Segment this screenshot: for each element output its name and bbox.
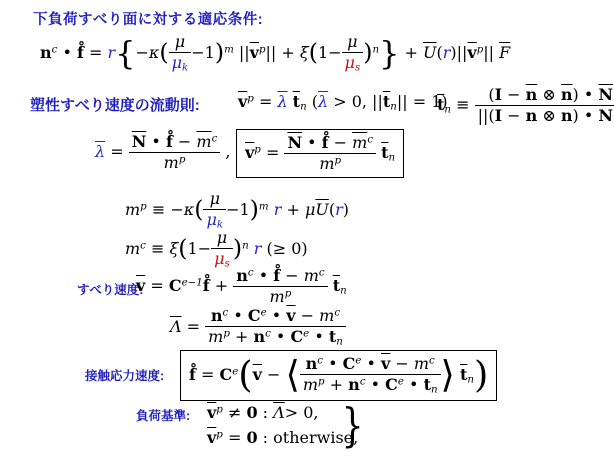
flow-rule-equation: vp = λ tn (λ > 0, ||tn|| = 1) bbox=[238, 92, 448, 113]
contact-stress-boxed-equation: f̊ = Ce(v − ⟨nc • Ce • v − mcmp + nc • C… bbox=[180, 350, 497, 401]
slide-page: 下負荷すべり面に対する適応条件: nc • f̊ = r{−κ(μμk−1)m … bbox=[0, 0, 614, 458]
loading-criterion-heading: 負荷基準: bbox=[136, 406, 190, 424]
slip-velocity-equation: v = Ce−1f̊ + nc • f̊ − mcmp tn bbox=[136, 267, 347, 306]
plastic-slip-rate-boxed-equation: vp = N • f̊ − mcmp tn bbox=[236, 129, 404, 178]
page-title: 下負荷すべり面に対する適応条件: bbox=[33, 8, 263, 29]
adaptation-condition-equation: nc • f̊ = r{−κ(μμk−1)m ||vp|| + ξ(1−μμs)… bbox=[40, 33, 510, 74]
mc-definition-equation: mc ≡ ξ(1−μμs)n r (≥ 0) bbox=[125, 229, 308, 270]
tangent-direction-definition: tn ≡ (I − n ⊗ n) • N||(I − n ⊗ n) • N|| bbox=[437, 86, 614, 125]
lambda-bar-equation: λ = N • f̊ − mcmp , bbox=[95, 133, 231, 172]
flow-rule-heading: 塑性すべり速度の流動則: bbox=[30, 94, 200, 115]
loading-criterion-case2: vp = 0 : otherwise, bbox=[207, 428, 358, 448]
slip-velocity-heading: すべり速度: bbox=[77, 280, 143, 298]
loading-criterion-brace: } bbox=[342, 400, 364, 451]
mp-definition-equation: mp ≡ −κ(μμk−1)m r + μU(r) bbox=[125, 190, 349, 231]
capital-lambda-equation: Λ = nc • Ce • v − mcmp + nc • Ce • tn bbox=[170, 307, 346, 348]
contact-stress-heading: 接触応力速度: bbox=[85, 366, 164, 384]
loading-criterion-case1: vp ≠ 0 : Λ> 0, bbox=[207, 403, 318, 423]
